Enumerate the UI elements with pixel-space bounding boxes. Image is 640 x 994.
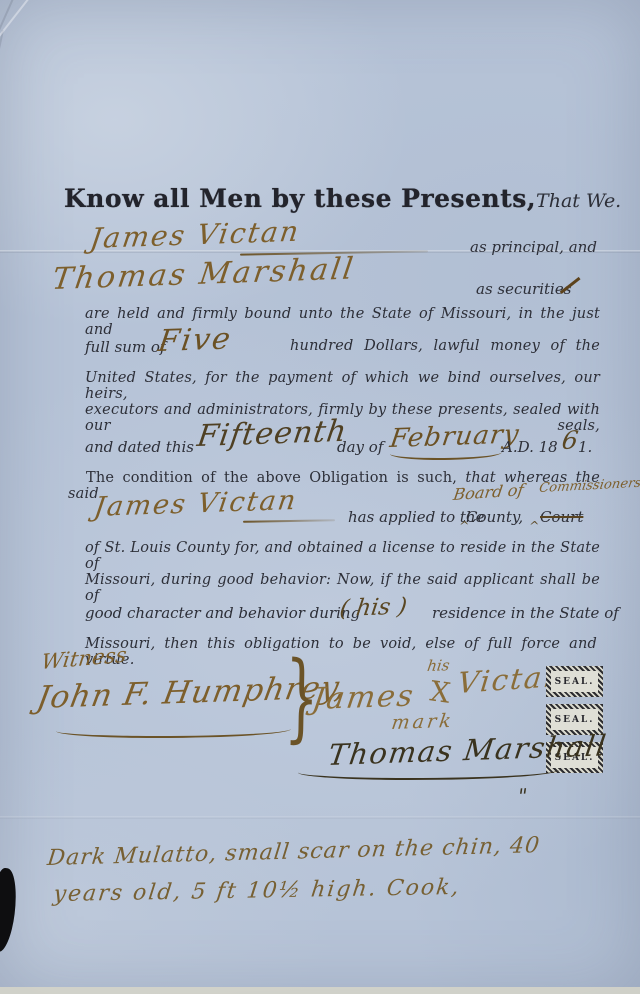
torn-edge-notch — [0, 867, 20, 953]
his-handwriting: ( his ) — [338, 594, 409, 622]
corner-crease-line — [0, 30, 3, 236]
seal-label: SEAL. — [555, 715, 595, 725]
signature-flourish — [56, 722, 291, 738]
his-mark-label: his — [426, 656, 451, 675]
sum-suffix: hundred Dollars, lawful money of the — [290, 338, 600, 354]
security-name-handwriting: Thomas Marshall — [50, 252, 358, 297]
corner-crease-line — [0, 0, 15, 141]
character-line-suffix: residence in the State of — [432, 604, 619, 622]
body-line-6: of St. Louis County for, and obtained a … — [85, 540, 600, 572]
description-note-line-2: years old, 5 ft 10½ high. Cook, — [52, 875, 462, 907]
security-label: as securities — [476, 280, 571, 298]
heading-blackletter: Know all Men by these Presents, — [64, 184, 536, 213]
date-mid: day of — [337, 438, 383, 456]
principal-label: as principal, and — [470, 238, 597, 256]
condition-roman: The condition of the above Obligation is… — [86, 470, 457, 486]
seal-stamp: SEAL. — [546, 666, 603, 697]
principal-name-handwriting: James Victan — [88, 215, 302, 255]
date-day-handwriting: Fifteenth — [195, 414, 350, 454]
heading-row: Know all Men by these Presents, That We. — [64, 184, 600, 213]
document-scan: Know all Men by these Presents, That We.… — [0, 0, 640, 994]
body-line-3: United States, for the payment of which … — [85, 370, 600, 402]
fold-crease-bottom — [0, 816, 640, 819]
county-text: County, — [466, 508, 523, 526]
scan-edge — [0, 987, 640, 994]
sum-prefix: full sum of — [85, 338, 166, 356]
x-mark: X — [428, 674, 452, 709]
description-note-line-1: Dark Mulatto, small scar on the chin, 40 — [46, 833, 542, 871]
character-line-prefix: good character and behavior during — [85, 604, 360, 622]
caret-insertion-mark: ^ — [528, 519, 540, 533]
signature-flourish — [298, 762, 560, 780]
date-ad: A.D. 18 — [502, 438, 558, 456]
applicant-name-handwriting: James Victan — [92, 485, 300, 523]
sum-amount-handwriting: Five — [156, 321, 234, 359]
pen-flourish-dash — [243, 519, 335, 523]
pen-flourish-underline — [390, 446, 502, 460]
witness-label-handwriting: Witness — [40, 643, 128, 674]
struck-court-text: Court — [540, 508, 583, 526]
mark-label: mark — [390, 710, 455, 734]
ditto-mark: " — [516, 784, 529, 808]
seal-label: SEAL. — [555, 677, 595, 687]
heading-script: That We. — [536, 190, 621, 212]
date-year-end: 1. — [578, 438, 592, 456]
date-prefix: and dated this — [85, 438, 194, 456]
